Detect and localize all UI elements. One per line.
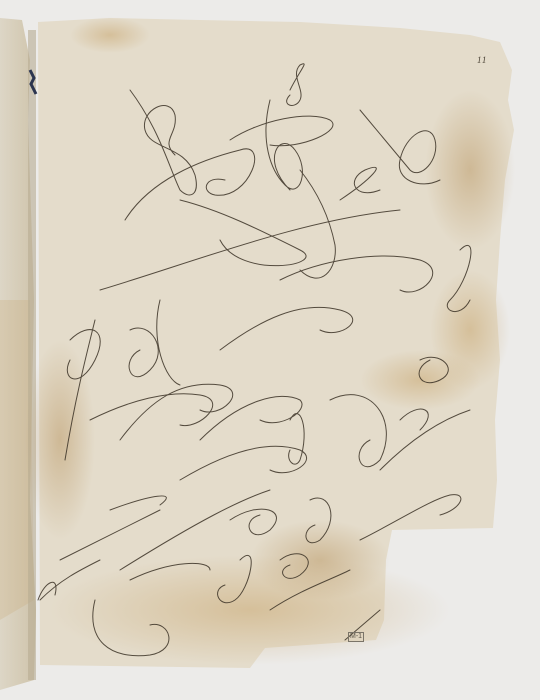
archive-stamp: M-1	[348, 632, 364, 642]
manuscript-photo: 11 M-1	[0, 0, 540, 700]
folio-number: 11	[477, 55, 487, 65]
manuscript-illustration	[0, 0, 540, 700]
